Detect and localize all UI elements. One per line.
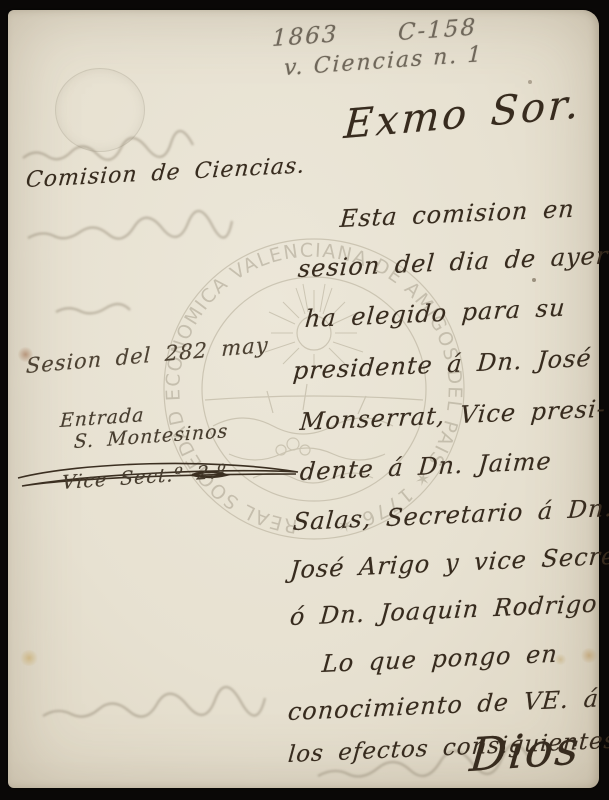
paper-speck [528, 80, 532, 84]
seal-inscription: REAL SOCIEDAD ECONOMICA VALENCIANA DE AM… [162, 240, 466, 537]
sender-label: Comision de Ciencias. [25, 153, 306, 193]
embossed-oval-stamp [55, 68, 145, 152]
body-line: Lo que pongo en [321, 640, 559, 678]
body-line: ó Dn. Joaquin Rodrigo [289, 590, 599, 632]
document-page: REAL SOCIEDAD ECONOMICA VALENCIANA DE AM… [8, 10, 599, 788]
photo-background: { "annotations": { "pencil_year": "1863"… [0, 0, 609, 800]
paper-stain [580, 648, 598, 663]
letter-heading: Exmo Sor. [342, 81, 583, 148]
body-line: conocimiento de VE. á [287, 684, 600, 726]
closing-word: Dios [468, 720, 583, 782]
paper-speck [532, 278, 536, 282]
body-line: Esta comision en [339, 195, 576, 233]
archive-year-note: 1863 [272, 21, 339, 52]
paper-stain [19, 650, 39, 666]
archive-ref-note: C-158 [398, 14, 478, 46]
